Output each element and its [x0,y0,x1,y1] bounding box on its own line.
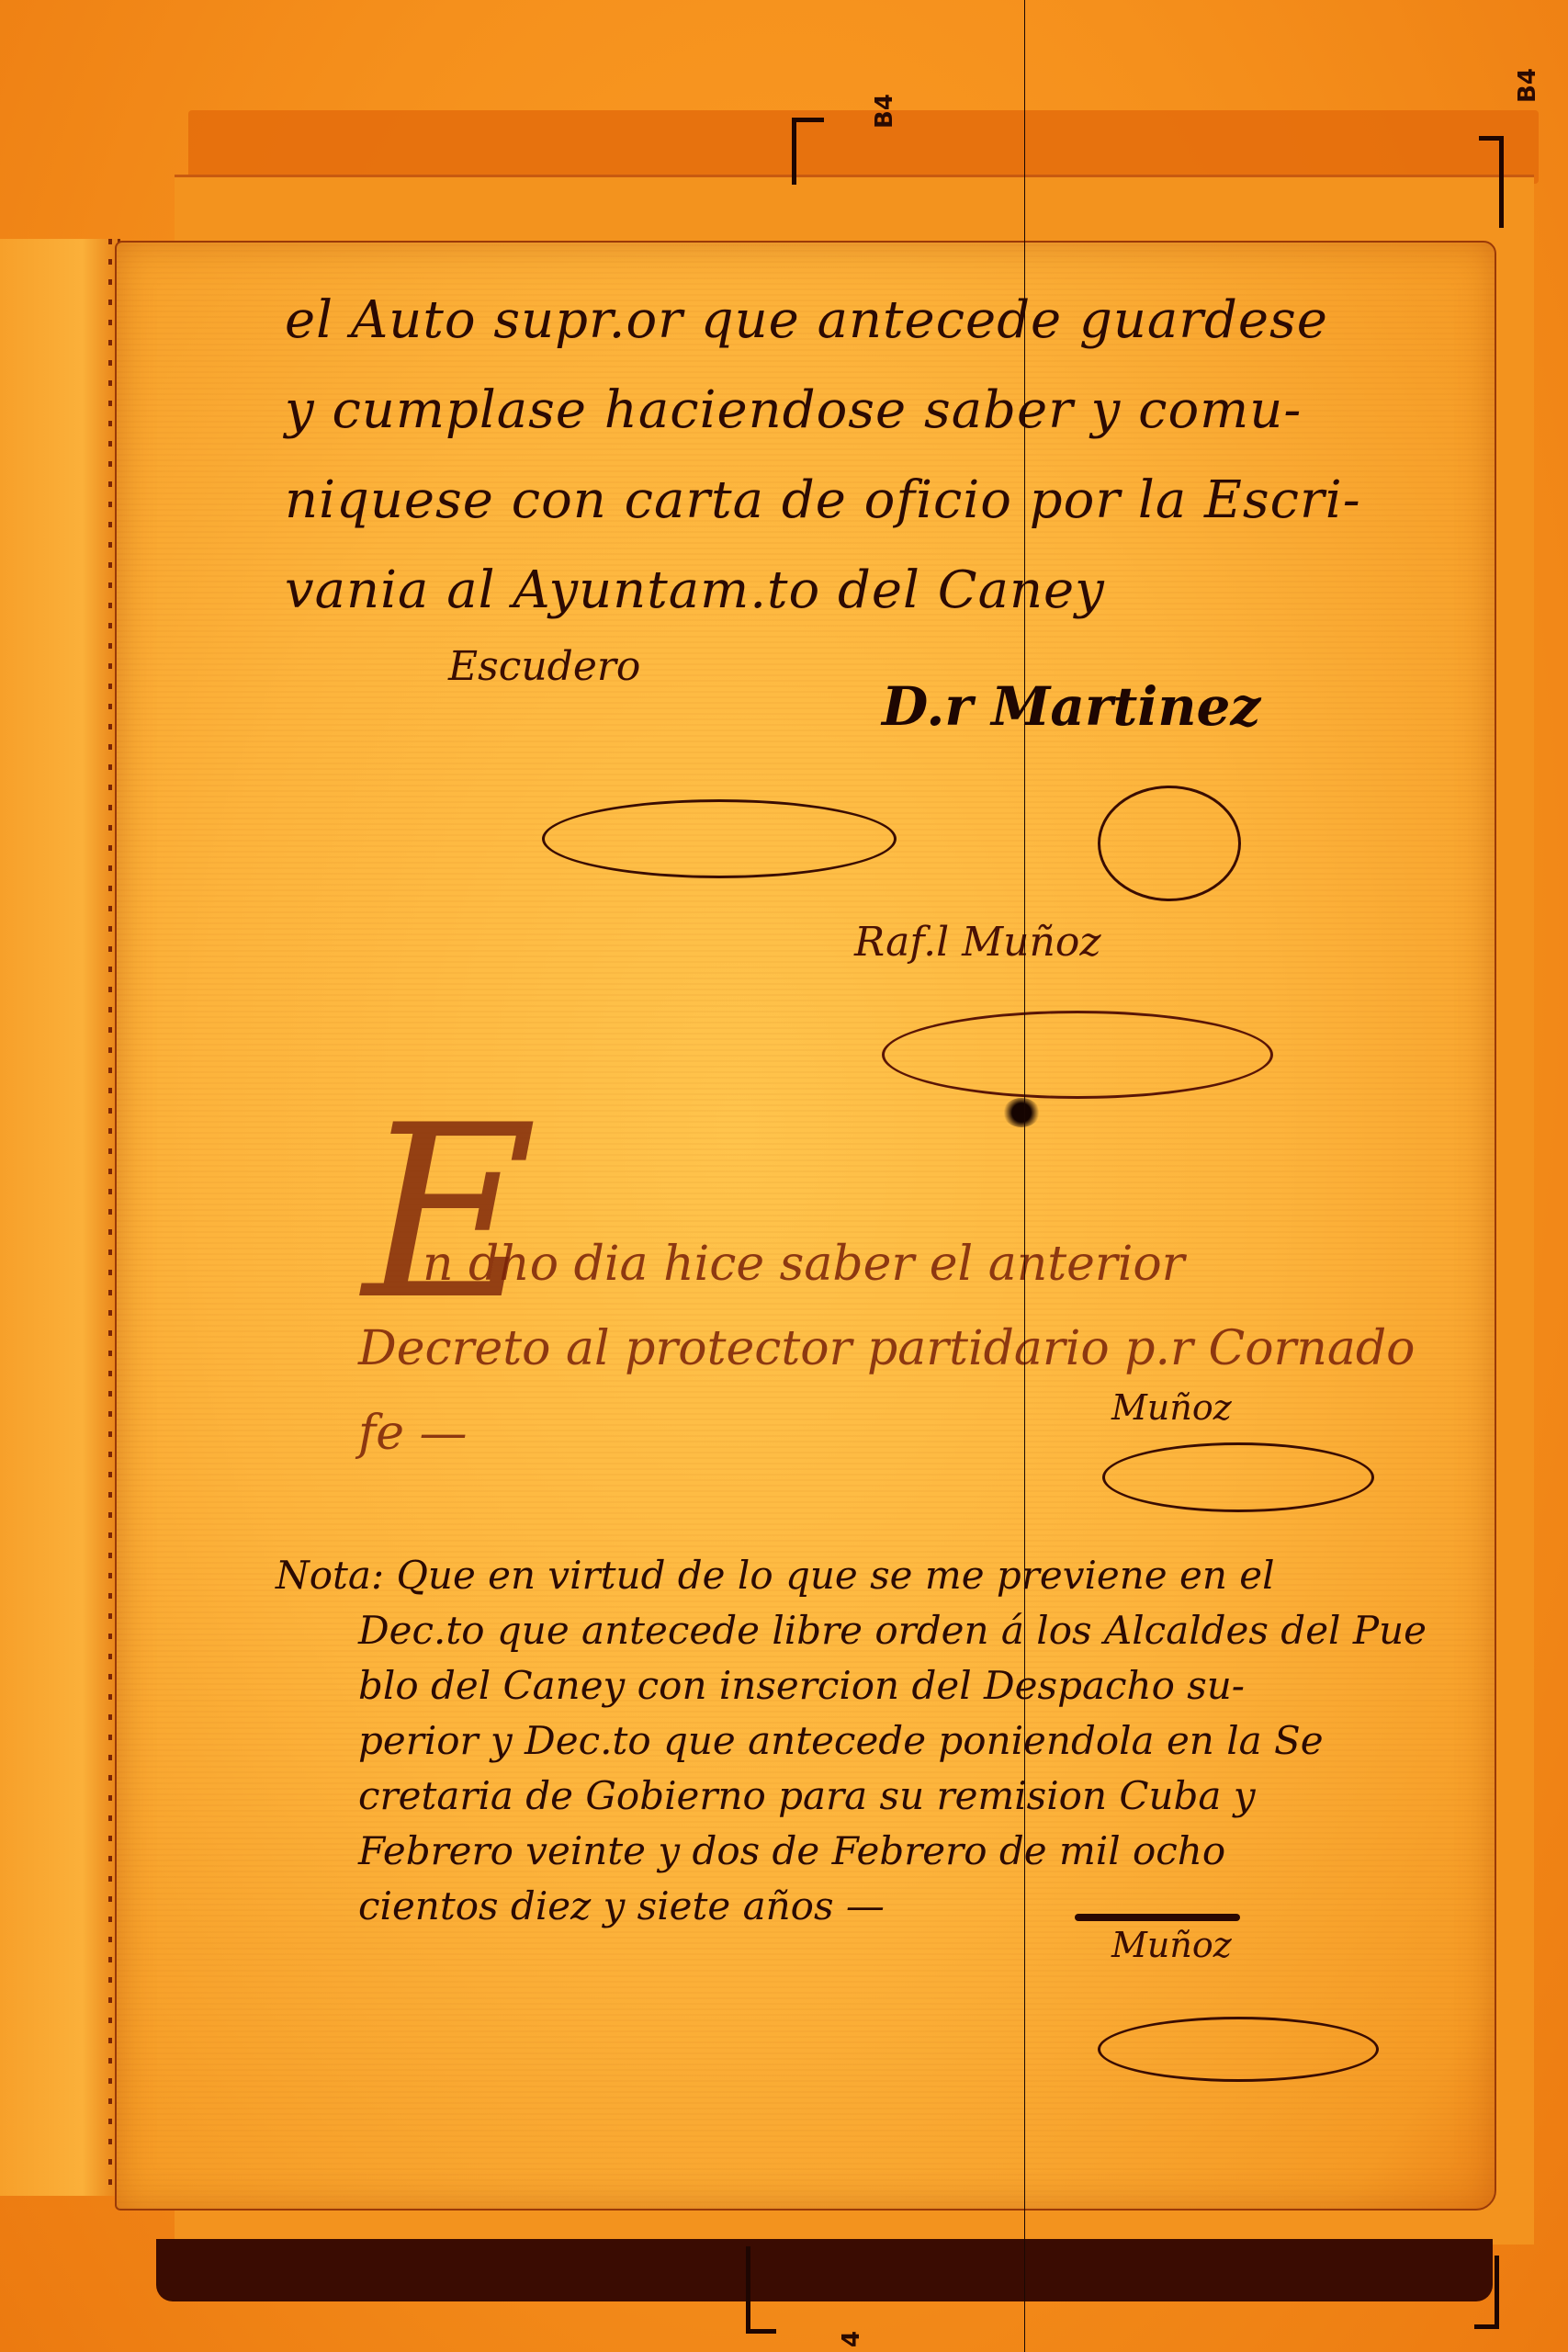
decree-line: niquese con carta de oficio por la Escri… [285,456,1361,546]
signature-flourish [542,799,897,878]
signature-flourish [1098,2017,1379,2082]
diligence-line: Decreto al protector partidario p.r Corn… [358,1306,1415,1391]
signature-munoz: Raf.l Muñoz [854,919,1101,966]
crop-mark-bottom-left [746,2246,776,2334]
signature-flourish [1098,786,1241,901]
diligence-text: n dho dia hice saber el anterior Decreto… [367,1222,1415,1476]
crop-mark-bottom-right [1474,2256,1499,2329]
crop-mark-top-right [1479,136,1504,228]
left-facing-page [0,239,120,2196]
nota-line: blo del Caney con insercion del Despacho… [276,1658,1427,1713]
nota-text: Nota: Que en virtud de lo que se me prev… [276,1548,1427,1934]
archive-mark-bottom-left: 4 [838,2331,865,2347]
nota-line: cientos diez y siete años — [276,1879,1427,1934]
signature-martinez: D.r Martinez [882,675,1260,738]
nota-line: Febrero veinte y dos de Febrero de mil o… [276,1824,1427,1879]
archive-mark-top-left: B4 [871,94,898,129]
scan-artifact-line [1024,0,1025,2352]
decree-line: vania al Ayuntam.to del Caney [285,546,1361,636]
nota-line: Dec.to que antecede libre orden á los Al… [276,1603,1427,1658]
nota-line: Nota: Que en virtud de lo que se me prev… [276,1548,1427,1603]
closing-dash [1075,1914,1240,1921]
page-bottom-shadow [156,2239,1493,2301]
signature-munoz-diligence: Muñoz [1111,1387,1232,1428]
signature-munoz-nota: Muñoz [1111,1925,1232,1965]
signature-flourish [1102,1442,1374,1512]
decree-line: el Auto supr.or que antecede guardese [285,276,1361,366]
signature-escudero: Escudero [448,643,640,690]
nota-line: cretaria de Gobierno para su remision Cu… [276,1769,1427,1824]
signature-flourish [882,1011,1273,1099]
archive-mark-top-right: B4 [1514,68,1541,103]
page-top-shadow [188,110,1539,184]
binding-stitch [108,239,112,2196]
ink-blot [1003,1098,1040,1127]
crop-mark-top-left [792,118,824,185]
diligence-line: n dho dia hice saber el anterior [367,1222,1415,1306]
nota-line: perior y Dec.to que antecede poniendola … [276,1713,1427,1769]
decree-text: el Auto supr.or que antecede guardese y … [285,276,1361,636]
decree-line: y cumplase haciendose saber y comu- [285,366,1361,456]
